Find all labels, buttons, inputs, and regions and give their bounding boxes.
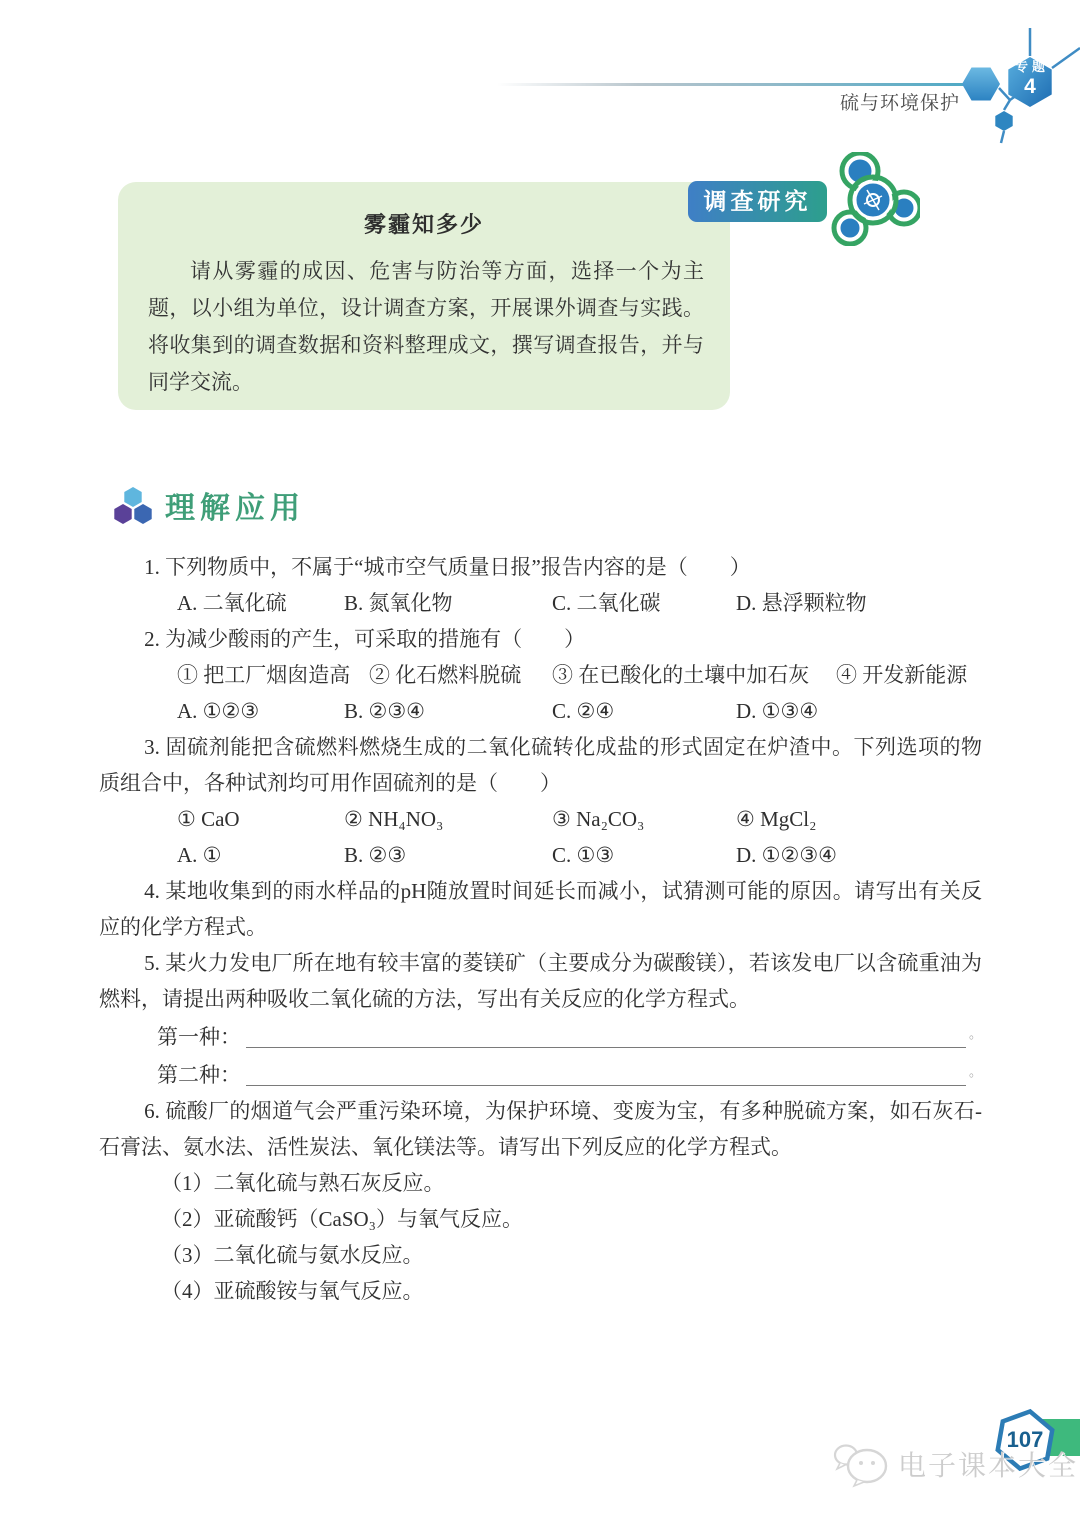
watermark-text: 电子课本大全 xyxy=(898,1444,1078,1484)
survey-box-title: 雾霾知多少 xyxy=(118,208,730,239)
item-1: ① 把工厂烟囱造高 xyxy=(177,657,369,693)
blank-label: 第二种： xyxy=(157,1057,241,1093)
triple-hexagon-icon xyxy=(113,486,154,525)
option-c: C. 二氧化碳 xyxy=(552,585,736,621)
question-3-stem: 3. 固硫剂能把含硫燃料燃烧生成的二氧化硫转化成盐的形式固定在炉渣中。下列选项的… xyxy=(99,729,982,801)
option-c: C. ①③ xyxy=(552,837,736,873)
question-1-options: A. 二氧化硫B. 氮氧化物C. 二氧化碳D. 悬浮颗粒物 xyxy=(99,585,982,621)
survey-tag: 调查研究 xyxy=(688,181,827,222)
question-2-items: ① 把工厂烟囱造高② 化石燃料脱硫③ 在已酸化的土壤中加石灰④ 开发新能源 xyxy=(99,657,982,693)
option-d: D. ①②③④ xyxy=(736,837,837,873)
item-4: ④ MgCl₂ xyxy=(736,801,816,837)
topic-badge-number: 4 xyxy=(1007,76,1053,97)
question-4-stem: 4. 某地收集到的雨水样品的pH随放置时间延长而减小，试猜测可能的原因。请写出有… xyxy=(99,873,982,945)
answer-blank-row-1: 第一种： 。 xyxy=(99,1017,982,1055)
item-3: ③ Na₂CO₃ xyxy=(552,801,736,837)
watermark: 电子课本大全 xyxy=(833,1440,1078,1488)
question-6-subitem-1: （1）二氧化硫与熟石灰反应。 xyxy=(99,1165,982,1201)
question-3-items: ① CaO② NH₄NO₃③ Na₂CO₃④ MgCl₂ xyxy=(99,801,982,837)
item-3: ③ 在已酸化的土壤中加石灰 xyxy=(552,657,836,693)
blank-period: 。 xyxy=(969,1016,982,1052)
option-a: A. 二氧化硫 xyxy=(177,585,344,621)
chat-bubbles-icon xyxy=(833,1440,889,1488)
survey-box: 雾霾知多少 请从雾霾的成因、危害与防治等方面，选择一个为主题，以小组为单位，设计… xyxy=(118,182,730,410)
topic-badge: 专题 4 xyxy=(1007,60,1053,97)
blank-period: 。 xyxy=(969,1054,982,1090)
question-6-subitem-4: （4）亚硫酸铵与氧气反应。 xyxy=(99,1273,982,1309)
header-divider-line xyxy=(497,83,965,86)
survey-box-body: 请从雾霾的成因、危害与防治等方面，选择一个为主题，以小组为单位，设计调查方案，开… xyxy=(148,253,704,401)
question-6-stem: 6. 硫酸厂的烟道气会严重污染环境，为保护环境、变废为宝，有多种脱硫方案，如石灰… xyxy=(99,1093,982,1165)
answer-blank-row-2: 第二种： 。 xyxy=(99,1055,982,1093)
question-2-answers: A. ①②③B. ②③④C. ②④D. ①③④ xyxy=(99,693,982,729)
question-3-answers: A. ①B. ②③C. ①③D. ①②③④ xyxy=(99,837,982,873)
option-b: B. ②③ xyxy=(344,837,552,873)
section-title: 理解应用 xyxy=(165,483,305,527)
option-d: D. ①③④ xyxy=(736,693,818,729)
chapter-title: 硫与环境保护 xyxy=(840,88,960,115)
topic-badge-label: 专题 xyxy=(1011,60,1053,73)
section-heading: 理解应用 xyxy=(113,483,305,527)
question-1-stem: 1. 下列物质中，不属于“城市空气质量日报”报告内容的是（ ） xyxy=(99,549,982,585)
item-1: ① CaO xyxy=(177,801,344,837)
option-b: B. ②③④ xyxy=(344,693,552,729)
item-2: ② 化石燃料脱硫 xyxy=(369,657,552,693)
item-4: ④ 开发新能源 xyxy=(836,657,967,693)
option-d: D. 悬浮颗粒物 xyxy=(736,585,867,621)
option-c: C. ②④ xyxy=(552,693,736,729)
molecule-cluster-icon xyxy=(820,152,920,246)
answer-blank-line xyxy=(246,1047,966,1048)
option-a: A. ①②③ xyxy=(177,693,344,729)
blank-label: 第一种： xyxy=(157,1019,241,1055)
exercise-list: 1. 下列物质中，不属于“城市空气质量日报”报告内容的是（ ） A. 二氧化硫B… xyxy=(99,549,982,1309)
question-2-stem: 2. 为减少酸雨的产生，可采取的措施有（ ） xyxy=(99,621,982,657)
item-2: ② NH₄NO₃ xyxy=(344,801,552,837)
answer-blank-line xyxy=(246,1085,966,1086)
textbook-page: 硫与环境保护 专题 4 雾霾知多少 请从雾霾的成因、危害与防治等方面，选择一个为… xyxy=(0,0,1080,1515)
option-b: B. 氮氧化物 xyxy=(344,585,552,621)
option-a: A. ① xyxy=(177,837,344,873)
question-5-stem: 5. 某火力发电厂所在地有较丰富的菱镁矿（主要成分为碳酸镁），若该发电厂以含硫重… xyxy=(99,945,982,1017)
question-6-subitem-2: （2）亚硫酸钙（CaSO₃）与氧气反应。 xyxy=(99,1201,982,1237)
question-6-subitem-3: （3）二氧化硫与氨水反应。 xyxy=(99,1237,982,1273)
